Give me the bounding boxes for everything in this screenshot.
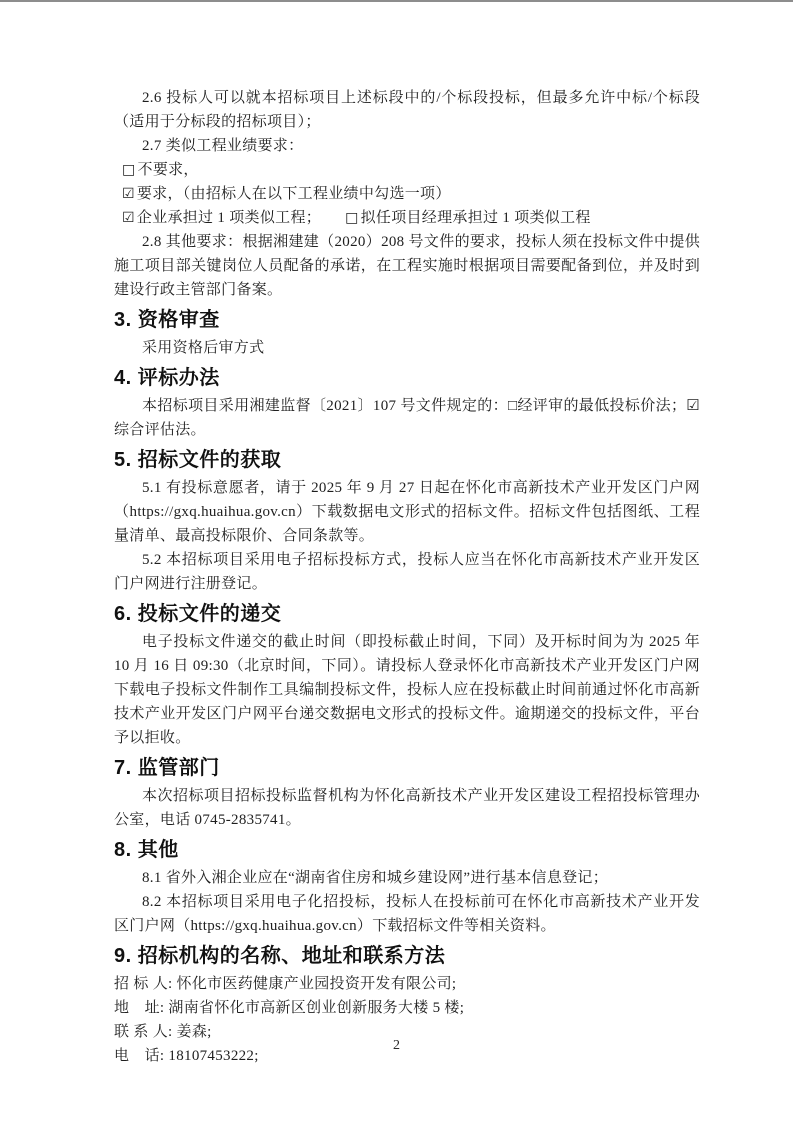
section-8-paragraph-1: 8.1 省外入湘企业应在“湖南省住房和城乡建设网”进行基本信息登记；: [114, 866, 700, 890]
checkbox-checked-icon: ☑: [122, 210, 135, 226]
clause-2-8: 2.8 其他要求：根据湘建建（2020）208 号文件的要求，投标人须在投标文件…: [114, 230, 700, 302]
contact-bidder-line: 招 标 人: 怀化市医药健康产业园投资开发有限公司;: [114, 972, 700, 996]
option-requirement: ☑要求，（由招标人在以下工程业绩中勾选一项）: [114, 182, 700, 206]
section-8-paragraph-2: 8.2 本招标项目采用电子化招投标，投标人在投标前可在怀化市高新技术产业开发区门…: [114, 890, 700, 938]
section-3-heading: 3. 资格审查: [114, 307, 700, 333]
checkbox-unchecked-icon: □: [122, 162, 136, 178]
contact-address-line: 地 址: 湖南省怀化市高新区创业创新服务大楼 5 楼;: [114, 996, 700, 1020]
section-8-heading: 8. 其他: [114, 837, 700, 863]
clause-2-7: 2.7 类似工程业绩要求：: [114, 134, 700, 158]
page-number: 2: [0, 1036, 793, 1056]
document-content: 2.6 投标人可以就本招标项目上述标段中的/个标段投标，但最多允许中标/个标段（…: [114, 86, 700, 1068]
option-no-requirement-label: 不要求，: [138, 162, 199, 178]
document-page: 2.6 投标人可以就本招标项目上述标段中的/个标段投标，但最多允许中标/个标段（…: [0, 0, 793, 1122]
scan-edge: [0, 0, 793, 2]
section-3-paragraph: 采用资格后审方式: [114, 336, 700, 360]
section-5-heading: 5. 招标文件的获取: [114, 447, 700, 473]
clause-2-6: 2.6 投标人可以就本招标项目上述标段中的/个标段投标，但最多允许中标/个标段（…: [114, 86, 700, 134]
section-7-heading: 7. 监管部门: [114, 755, 700, 781]
option-manager-label: 拟任项目经理承担过 1 项类似工程: [361, 210, 591, 226]
option-no-requirement: □不要求，: [114, 158, 700, 182]
section-7-paragraph: 本次招标项目招标投标监督机构为怀化高新技术产业开发区建设工程招投标管理办公室，电…: [114, 784, 700, 832]
section-9-heading: 9. 招标机构的名称、地址和联系方法: [114, 943, 700, 969]
option-enterprise-label: 企业承担过 1 项类似工程；: [137, 210, 321, 226]
section-4-heading: 4. 评标办法: [114, 365, 700, 391]
checkbox-checked-icon: ☑: [122, 186, 135, 202]
section-4-paragraph: 本招标项目采用湘建监督〔2021〕107 号文件规定的：□经评审的最低投标价法；…: [114, 394, 700, 442]
option-requirement-label: 要求，（由招标人在以下工程业绩中勾选一项）: [137, 186, 451, 202]
section-5-paragraph-1: 5.1 有投标意愿者，请于 2025 年 9 月 27 日起在怀化市高新技术产业…: [114, 476, 700, 548]
option-performance-row: ☑企业承担过 1 项类似工程；□拟任项目经理承担过 1 项类似工程: [114, 206, 700, 230]
section-6-paragraph: 电子投标文件递交的截止时间（即投标截止时间，下同）及开标时间为为 2025 年 …: [114, 630, 700, 750]
section-5-paragraph-2: 5.2 本招标项目采用电子招标投标方式，投标人应当在怀化市高新技术产业开发区门户…: [114, 548, 700, 596]
checkbox-unchecked-icon: □: [345, 210, 359, 226]
section-6-heading: 6. 投标文件的递交: [114, 601, 700, 627]
